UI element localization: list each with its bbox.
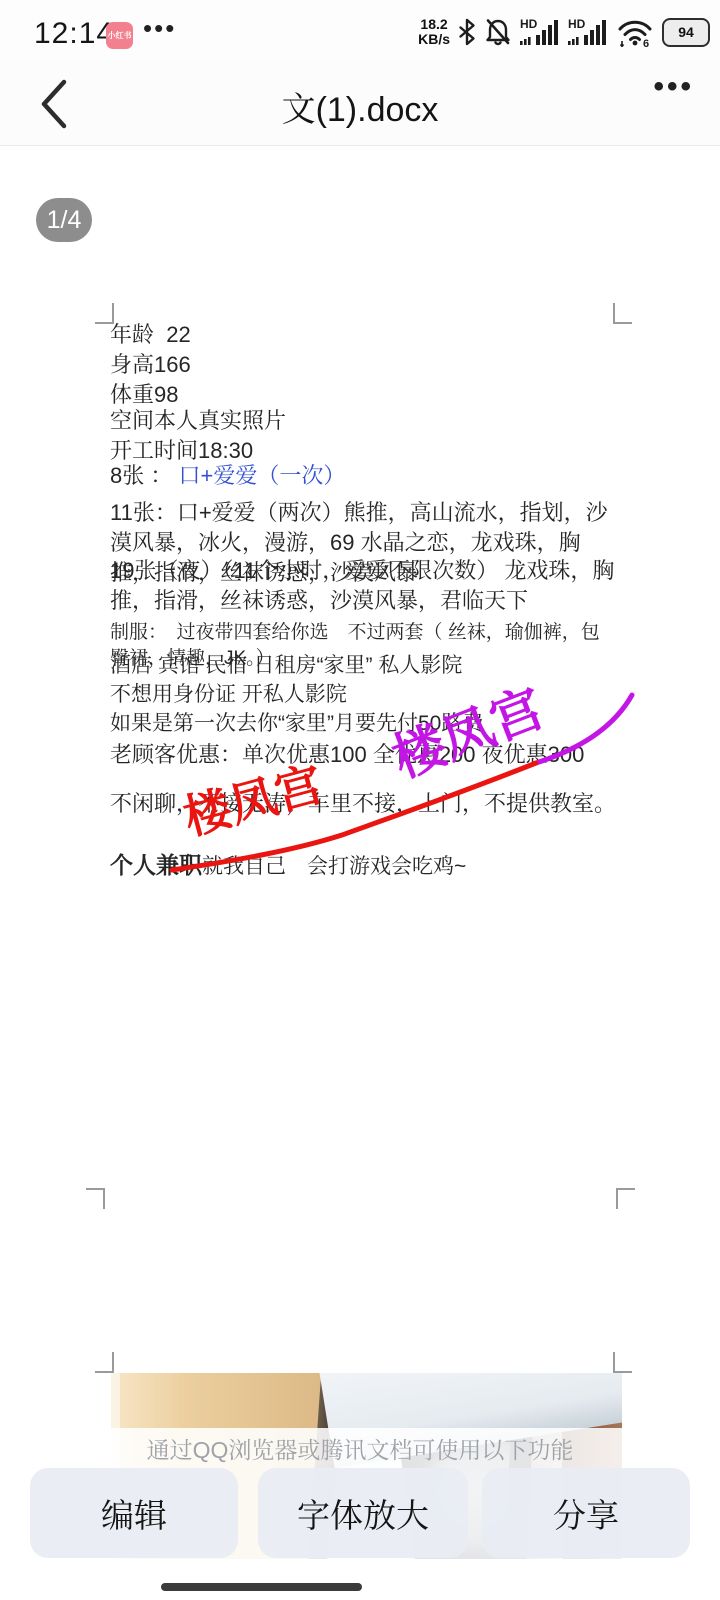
- bluetooth-icon: [458, 18, 476, 46]
- enlarge-font-button[interactable]: 字体放大: [258, 1468, 468, 1558]
- personal-bold: 个人兼职: [110, 852, 202, 878]
- mute-bell-icon: [484, 18, 512, 46]
- edit-button[interactable]: 编辑: [30, 1468, 238, 1558]
- qq-browser-hint: 通过QQ浏览器或腾讯文档可使用以下功能: [0, 1432, 720, 1465]
- more-menu-button[interactable]: •••: [653, 70, 694, 104]
- page-corner-mark: [616, 1188, 635, 1209]
- venue-line: 如果是第一次去你“家里”月要先付50路费: [110, 709, 616, 738]
- info-line: 身高166: [110, 350, 616, 380]
- network-speed-unit: KB/s: [418, 31, 450, 47]
- document-header: 文(1).docx •••: [0, 62, 720, 146]
- tier8-line: 8张 ： 口+爱爱（一次）: [110, 461, 616, 491]
- network-speed: 18.2 KB/s: [418, 17, 450, 47]
- xiaohongshu-label: 小红书: [108, 30, 132, 41]
- wifi-icon: 6: [616, 17, 654, 47]
- venue-line: 不想用身份证 开私人影院: [110, 680, 616, 709]
- battery-percent: 94: [678, 24, 694, 40]
- home-indicator[interactable]: [161, 1583, 362, 1591]
- venue-line: 酒店 宾馆 民宿 日租房“家里” 私人影院: [110, 651, 616, 680]
- tier8-value: 口+爱爱（一次）: [178, 463, 345, 488]
- clock: 12:14: [34, 17, 114, 51]
- screen: 12:14 小红书 ••• 18.2 KB/s HD: [0, 0, 720, 1600]
- share-button[interactable]: 分享: [482, 1468, 690, 1558]
- page-indicator-badge: 1/4: [36, 198, 92, 242]
- status-bar: 12:14 小红书 ••• 18.2 KB/s HD: [0, 0, 720, 62]
- info-line: 年龄 22: [110, 320, 616, 350]
- sim2-hd-label: HD: [568, 17, 586, 31]
- sim1-hd-label: HD: [520, 17, 538, 31]
- personal-line: 个人兼职就我自己 会打游戏会吃鸡~: [110, 850, 616, 882]
- document-title: 文(1).docx: [120, 82, 600, 131]
- xiaohongshu-notification-icon: 小红书: [106, 22, 133, 49]
- sim2-signal-icon: HD: [568, 17, 608, 47]
- wifi-6-label: 6: [643, 38, 649, 47]
- info-line: 空间本人真实照片: [110, 406, 616, 436]
- discount-line: 老顾客优惠：单次优惠100 全优惠200 夜优惠300: [110, 740, 616, 770]
- personal-rest: 就我自己 会打游戏会吃鸡~: [202, 855, 466, 878]
- tier19-paragraph: 19张（夜）（11个小时，爱爱不限次数） 龙戏珠，胸推，指滑，丝袜诱惑，沙漠风暴…: [110, 556, 616, 616]
- status-icons: 18.2 KB/s HD HD: [418, 12, 708, 52]
- notification-overflow-icon: •••: [143, 13, 176, 44]
- network-speed-value: 18.2: [420, 16, 447, 32]
- tier8-label: 8张 ：: [110, 463, 178, 488]
- page-corner-mark: [86, 1188, 105, 1209]
- page-corner-mark: [95, 1352, 114, 1373]
- back-button[interactable]: [34, 76, 74, 132]
- battery-icon: 94: [662, 18, 708, 47]
- sim1-signal-icon: HD: [520, 17, 560, 47]
- rules-line: 不闲聊，不接无涛，车里不接，上门，不提供教室。: [110, 789, 616, 819]
- page-corner-mark: [613, 1352, 632, 1373]
